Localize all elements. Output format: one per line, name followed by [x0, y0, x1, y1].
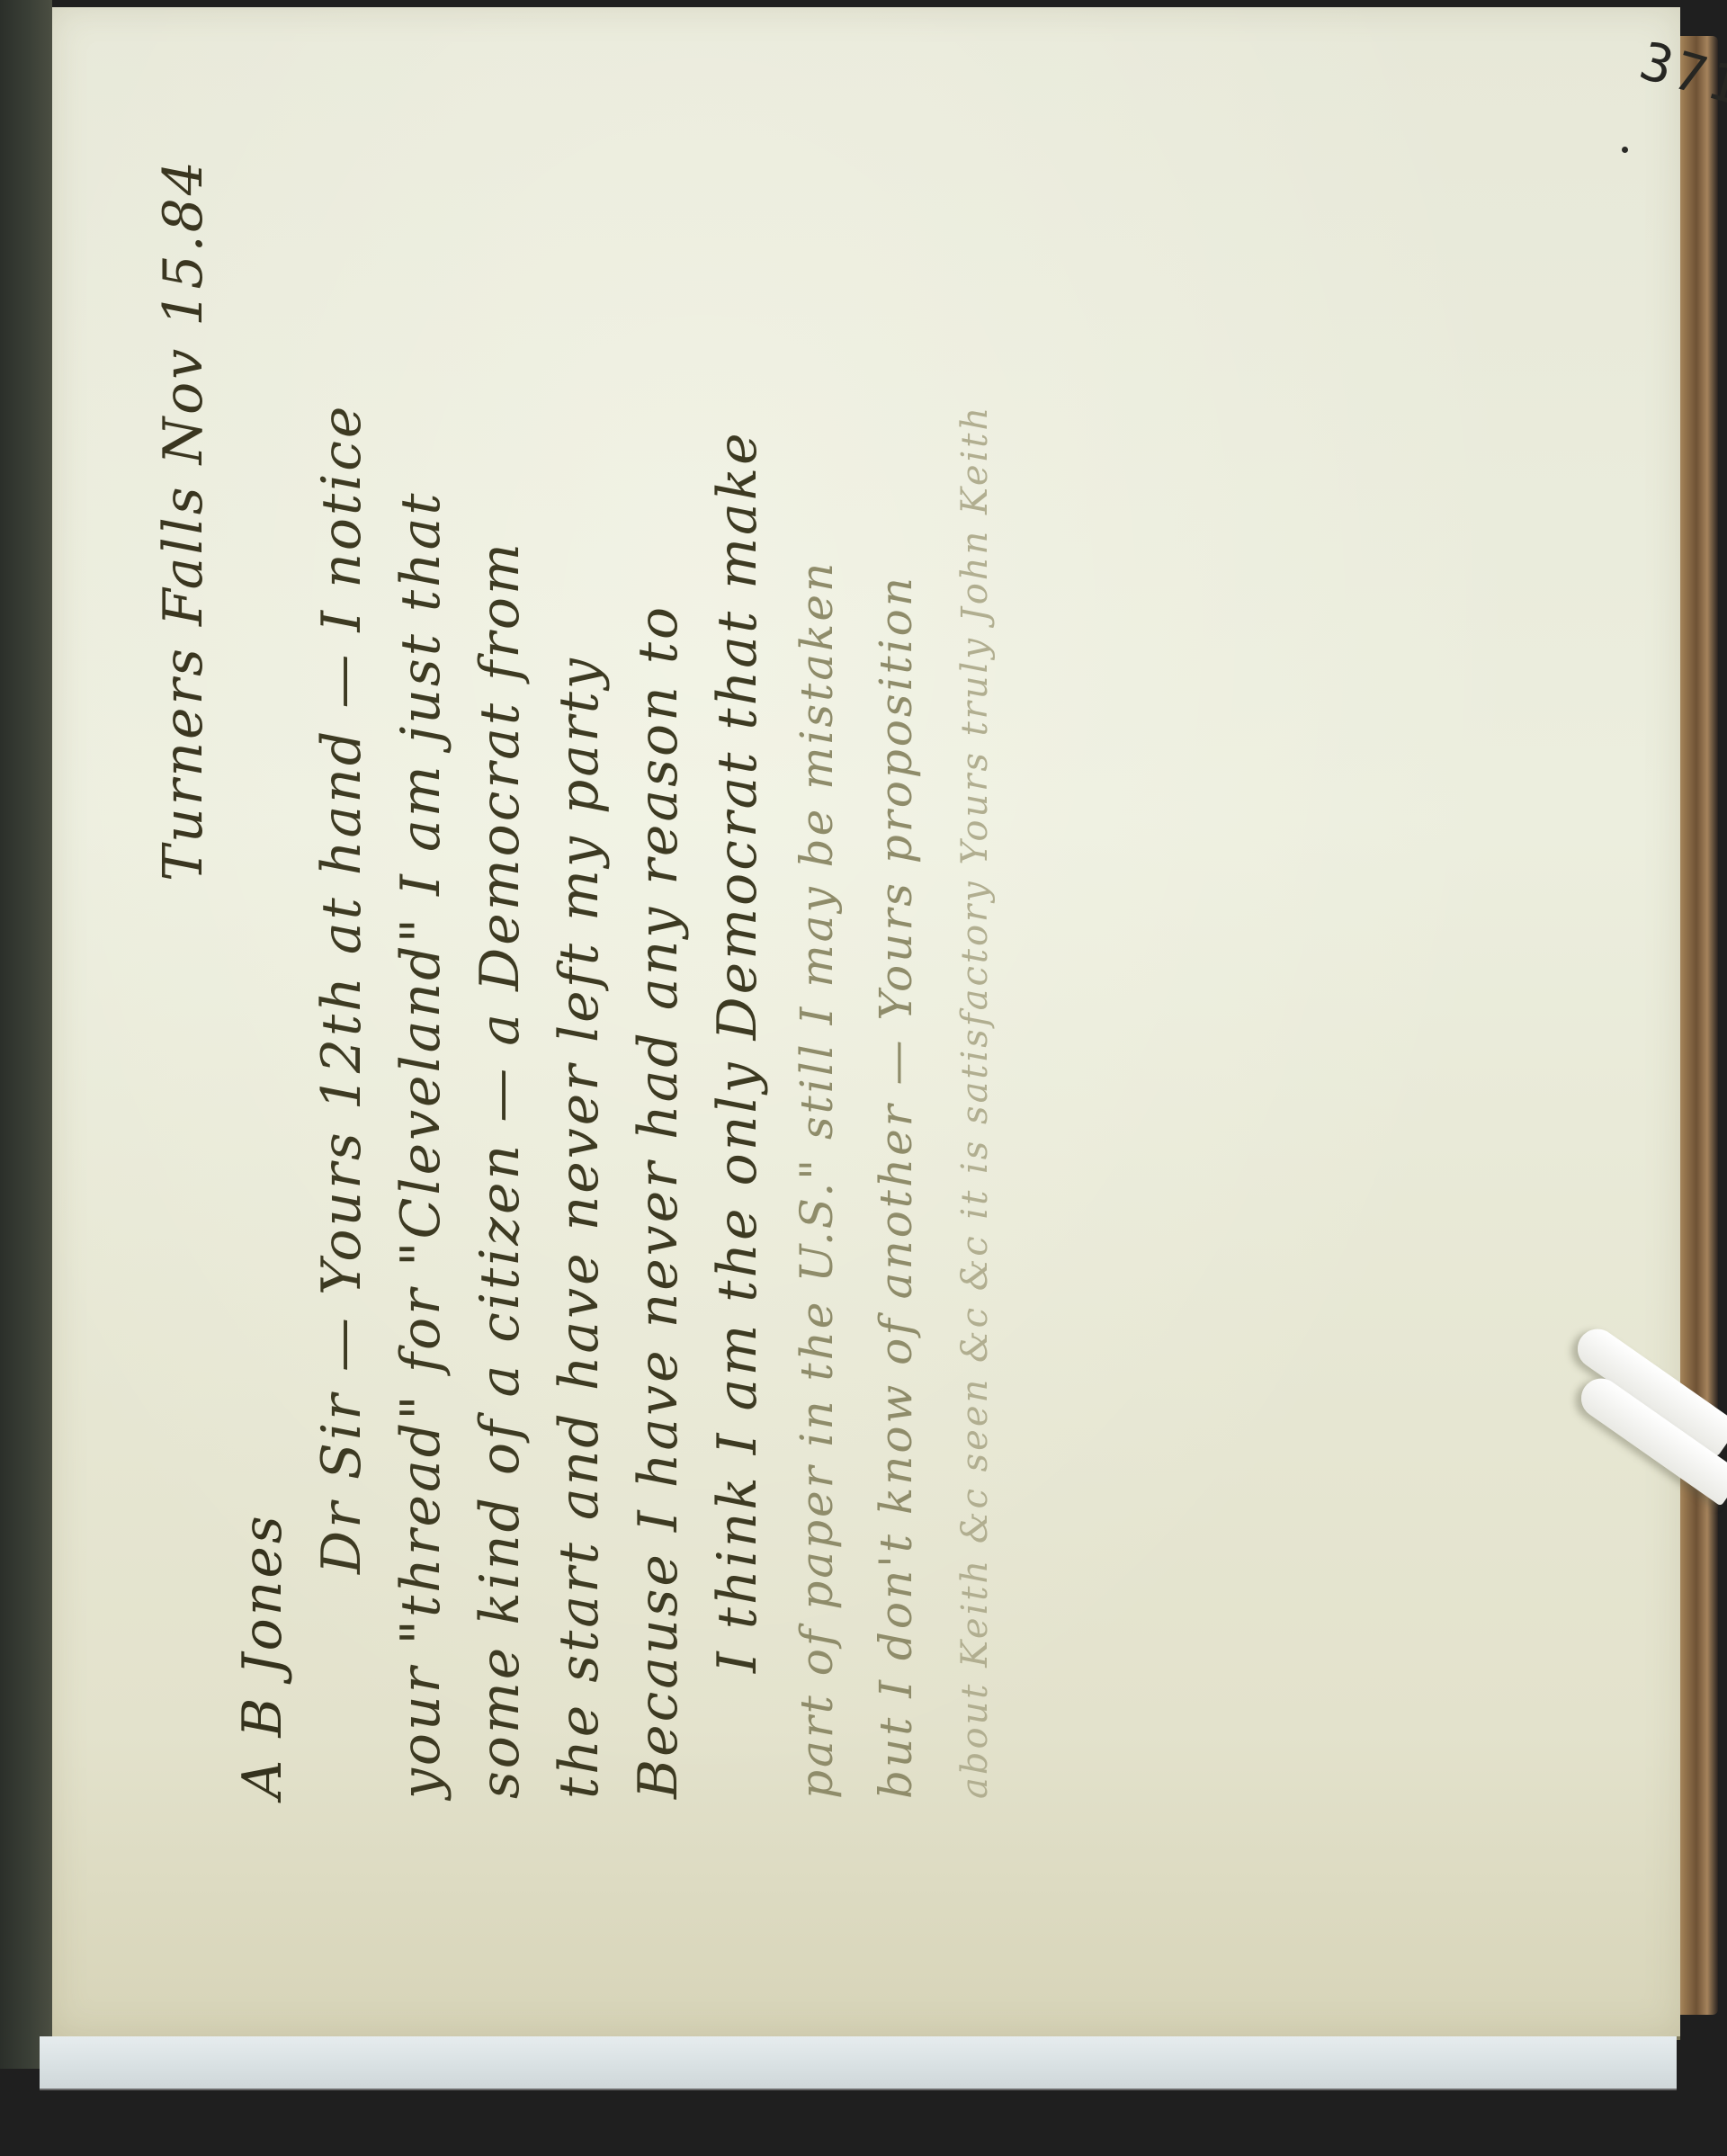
- letter-line: but I don't know of another — Yours prop…: [856, 135, 935, 1799]
- tissue-paper-strip: [40, 2036, 1677, 2090]
- letter-line: about Keith &c seen &c &c it is satisfac…: [935, 135, 1015, 1799]
- letter-line: Because I have never had any reason to: [619, 135, 698, 1799]
- book-binding: [0, 0, 52, 2069]
- letter-line: Dr Sir — Yours 12th at hand — I notice: [302, 135, 381, 1799]
- letter-line: part of paper in the U.S." still I may b…: [777, 135, 856, 1799]
- letter-line: the start and have never left my party: [540, 135, 619, 1799]
- letter-line: your "thread" for "Cleveland" I am just …: [381, 135, 461, 1799]
- letter-salutation: A B Jones: [223, 135, 302, 1799]
- handwritten-letter: Turners Falls Nov 15.84 A B Jones Dr Sir…: [144, 135, 1015, 1799]
- letter-line: some kind of a citizen — a Democrat from: [461, 135, 540, 1799]
- letter-line: I think I am the only Democrat that make: [698, 135, 777, 1799]
- letter-dateline: Turners Falls Nov 15.84: [144, 135, 223, 1799]
- ink-dot: [1622, 147, 1628, 153]
